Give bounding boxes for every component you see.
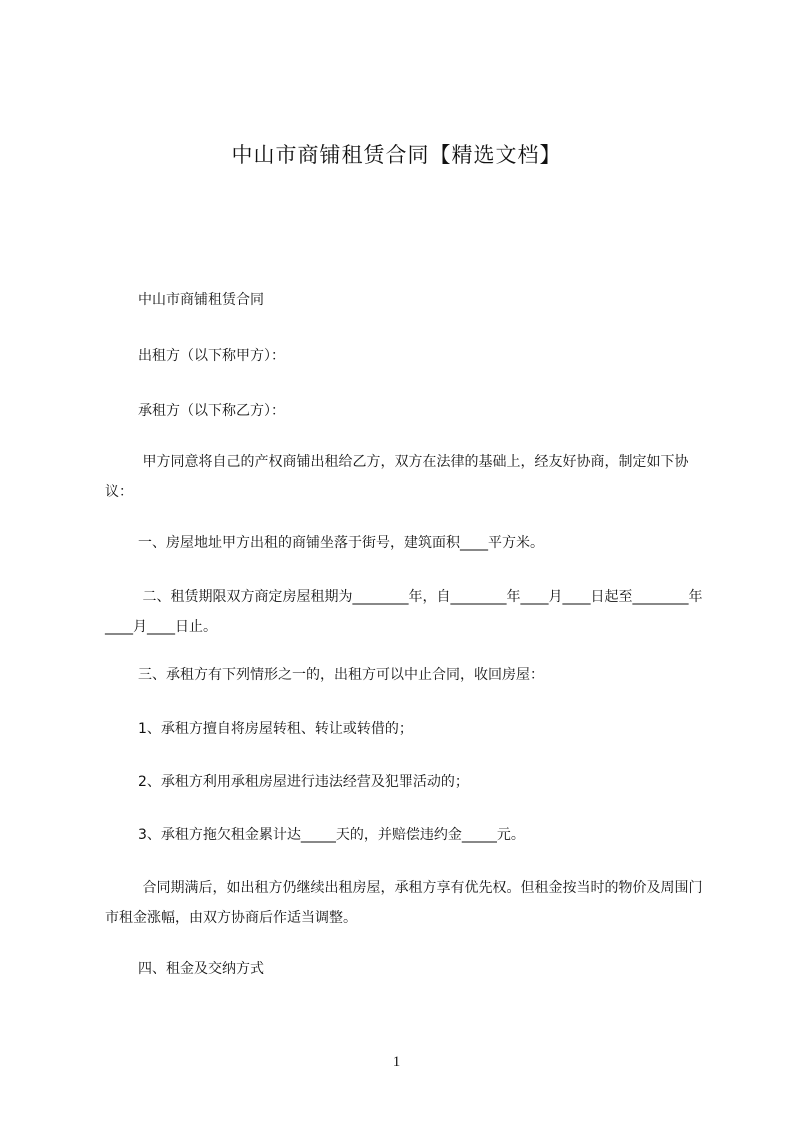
document-title: 中山市商铺租赁合同【精选文档】: [0, 140, 793, 170]
page-number: 1: [0, 1054, 793, 1071]
termination-item-1: 1、承租方擅自将房屋转租、转让或转借的；: [105, 714, 705, 744]
clause-4-rent-payment: 四、租金及交纳方式: [105, 954, 705, 984]
lessee-line: 承租方（以下称乙方）：: [105, 396, 705, 426]
agreement-intro: 甲方同意将自己的产权商铺出租给乙方，双方在法律的基础上，经友好协商，制定如下协议…: [105, 447, 705, 507]
lessor-line: 出租方（以下称甲方）：: [105, 341, 705, 371]
termination-item-3: 3、承租方拖欠租金累计达_____天的，并赔偿违约金_____元。: [105, 820, 705, 850]
contract-heading: 中山市商铺租赁合同: [105, 285, 705, 315]
clause-3-termination: 三、承租方有下列情形之一的，出租方可以中止合同，收回房屋：: [105, 660, 705, 690]
renewal-clause: 合同期满后，如出租方仍继续出租房屋，承租方享有优先权。但租金按当时的物价及周围门…: [105, 873, 705, 933]
document-page: 中山市商铺租赁合同【精选文档】 中山市商铺租赁合同 出租方（以下称甲方）： 承租…: [0, 0, 793, 1122]
termination-item-2: 2、承租方利用承租房屋进行违法经营及犯罪活动的；: [105, 767, 705, 797]
clause-1-address: 一、房屋地址甲方出租的商铺坐落于街号，建筑面积____平方米。: [105, 528, 705, 558]
clause-2-term: 二、租赁期限双方商定房屋租期为________年，自________年____月…: [105, 582, 705, 642]
